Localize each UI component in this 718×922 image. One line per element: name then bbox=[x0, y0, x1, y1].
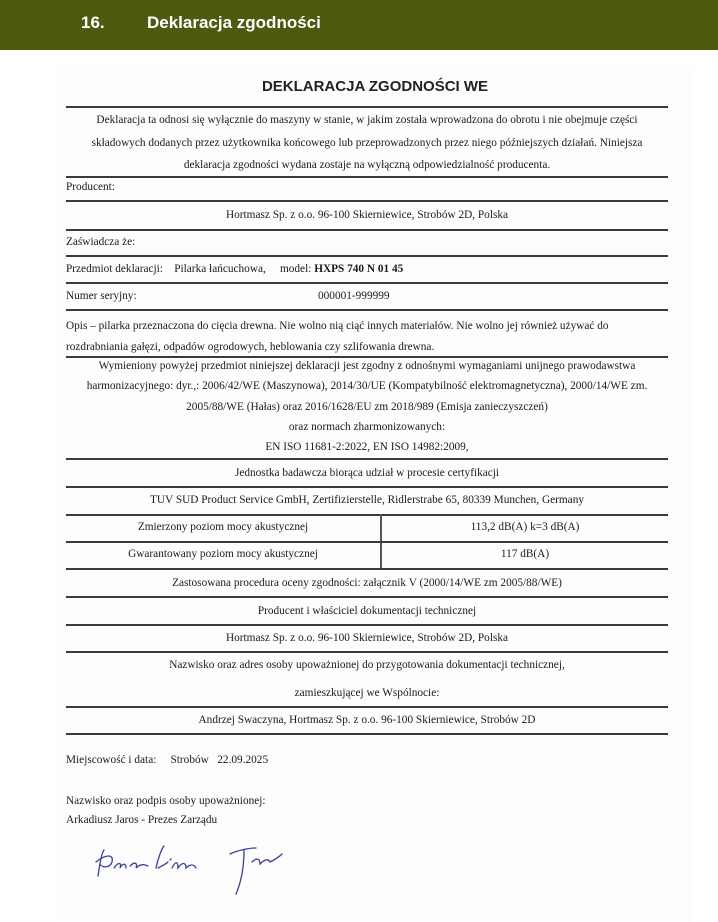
divider bbox=[66, 486, 668, 488]
section-number: 16. bbox=[81, 13, 105, 33]
section-header: 16. Deklaracja zgodności bbox=[0, 0, 718, 50]
description-line-1: Opis – pilarka przeznaczona do cięcia dr… bbox=[66, 316, 609, 336]
intro-line-3: deklaracja zgodności wydana zostaje na w… bbox=[66, 155, 668, 175]
divider bbox=[66, 733, 668, 735]
divider bbox=[66, 200, 668, 202]
model-value: HXPS 740 N 01 45 bbox=[314, 263, 403, 275]
divider bbox=[66, 568, 668, 570]
compliance-line-4: oraz normach zharmonizowanych: bbox=[66, 417, 668, 437]
serial-label: Numer seryjny: bbox=[66, 286, 137, 306]
compliance-line-3: 2005/88/WE (Hałas) oraz 2016/1628/EU zm … bbox=[66, 397, 668, 417]
noise-measured-label: Zmierzony poziom mocy akustycznej bbox=[66, 517, 380, 537]
signature-image bbox=[92, 832, 312, 902]
divider bbox=[66, 255, 668, 257]
authorized-label-1: Nazwisko oraz adres osoby upoważnionej d… bbox=[66, 655, 668, 675]
document-title: DEKLARACJA ZGODNOŚCI WE bbox=[58, 78, 692, 95]
signatory-label: Nazwisko oraz podpis osoby upoważnionej: bbox=[66, 791, 266, 811]
subject-value: Pilarka łańcuchowa, bbox=[174, 263, 266, 275]
model-label: model: bbox=[280, 263, 311, 275]
subject-label: Przedmiot deklaracji: bbox=[66, 263, 163, 275]
declaration-document: DEKLARACJA ZGODNOŚCI WE Deklaracja ta od… bbox=[58, 66, 692, 922]
compliance-line-1: Wymieniony powyżej przedmiot niniejszej … bbox=[66, 356, 668, 376]
noise-guaranteed-value: 117 dB(A) bbox=[382, 544, 668, 564]
intro-line-2: składowych dodanych przez użytkownika ko… bbox=[66, 133, 668, 153]
noise-measured-value: 113,2 dB(A) k=3 dB(A) bbox=[382, 517, 668, 537]
divider bbox=[66, 176, 668, 178]
place: Strobów bbox=[170, 754, 208, 766]
section-title: Deklaracja zgodności bbox=[147, 13, 321, 33]
divider bbox=[66, 514, 668, 516]
description-line-2: rozdrabniania gałęzi, odpadów ogrodowych… bbox=[66, 337, 434, 357]
divider bbox=[66, 106, 668, 108]
signatory-name: Arkadiusz Jaros - Prezes Zarządu bbox=[66, 810, 217, 830]
tech-doc-owner-label: Producent i właściciel dokumentacji tech… bbox=[66, 601, 668, 621]
tech-doc-owner-value: Hortmasz Sp. z o.o. 96-100 Skierniewice,… bbox=[66, 628, 668, 648]
divider bbox=[66, 282, 668, 284]
place-date-label: Miejscowość i data: bbox=[66, 754, 156, 766]
compliance-line-2: harmonizacyjnego: dyr.,: 2006/42/WE (Mas… bbox=[66, 376, 668, 396]
divider bbox=[66, 624, 668, 626]
place-date-row: Miejscowość i data: Strobów 22.09.2025 bbox=[66, 750, 268, 770]
noise-guaranteed-label: Gwarantowany poziom mocy akustycznej bbox=[66, 544, 380, 564]
authorized-label-2: zamieszkującej we Wspólnocie: bbox=[66, 683, 668, 703]
notified-body-label: Jednostka badawcza biorąca udział w proc… bbox=[66, 463, 668, 483]
procedure: Zastosowana procedura oceny zgodności: z… bbox=[66, 573, 668, 593]
divider bbox=[66, 541, 668, 543]
divider bbox=[66, 309, 668, 311]
divider bbox=[66, 229, 668, 231]
date: 22.09.2025 bbox=[217, 754, 268, 766]
authorized-value: Andrzej Swaczyna, Hortmasz Sp. z o.o. 96… bbox=[66, 710, 668, 730]
certifies-label: Zaświadcza że: bbox=[66, 232, 135, 252]
serial-value: 000001-999999 bbox=[318, 286, 390, 306]
producer-value: Hortmasz Sp. z o.o. 96-100 Skierniewice,… bbox=[66, 205, 668, 225]
compliance-line-5: EN ISO 11681-2:2022, EN ISO 14982:2009, bbox=[66, 437, 668, 457]
notified-body-value: TUV SUD Product Service GmbH, Zertifizie… bbox=[66, 490, 668, 510]
divider bbox=[66, 458, 668, 460]
intro-line-1: Deklaracja ta odnosi się wyłącznie do ma… bbox=[66, 110, 668, 130]
producer-label: Producent: bbox=[66, 177, 115, 197]
divider bbox=[66, 706, 668, 708]
divider bbox=[66, 596, 668, 598]
divider bbox=[66, 651, 668, 653]
subject-row: Przedmiot deklaracji: Pilarka łańcuchowa… bbox=[66, 259, 403, 279]
